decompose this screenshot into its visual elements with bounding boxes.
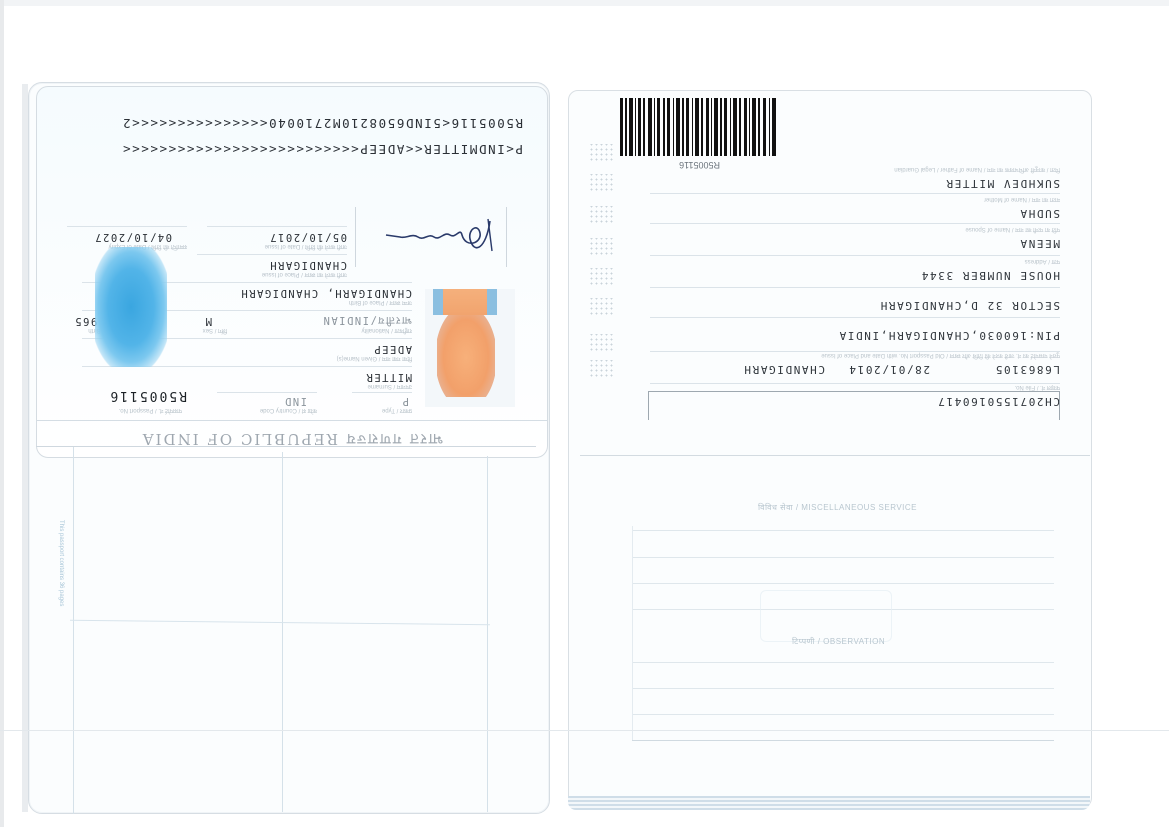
given-names-label: दिया गया नाम / Given Name(s) — [337, 355, 412, 363]
photo-face — [437, 309, 495, 397]
rule — [650, 223, 1060, 224]
page-stack-edge — [568, 796, 1090, 810]
rule — [352, 392, 412, 393]
address-line-2: SECTOR 32 D,CHANDIGARH — [879, 299, 1060, 312]
ruled-line — [632, 583, 1054, 584]
old-passport-place: CHANDIGARH — [743, 363, 825, 376]
rule — [207, 226, 347, 227]
dot-pattern — [590, 144, 614, 162]
mrz-line-2: R5005116<5IND6508210M2710040<<<<<<<<<<<<… — [121, 116, 523, 131]
rule — [650, 255, 1060, 256]
dot-pattern — [590, 298, 614, 316]
barcode-icon — [620, 98, 780, 156]
passport-no-label: पासपोर्ट नं. / Passport No. — [119, 407, 182, 415]
rule — [650, 383, 1060, 384]
type-value: P — [401, 395, 409, 407]
ruled-line — [632, 714, 1054, 715]
ruled-line — [632, 662, 1054, 663]
type-label: प्रकार / Type — [382, 407, 412, 415]
nationality-value: भारतीय/INDIAN — [322, 313, 412, 327]
sex-label: लिंग / Sex — [203, 327, 227, 335]
grid-line — [487, 456, 488, 812]
header-divider — [37, 420, 547, 421]
date-of-issue-label: जारी करने की तिथि / Date of Issue — [265, 243, 347, 251]
rule — [197, 254, 347, 255]
dot-pattern — [590, 174, 614, 192]
ruled-line — [632, 530, 1054, 531]
country-code-label: कोड सं / Country Code — [260, 407, 317, 415]
dot-pattern — [590, 334, 614, 352]
country-code-value: IND — [284, 395, 307, 407]
date-of-issue-value: 05/10/2017 — [269, 231, 347, 243]
spouse-name-value: MEENA — [1019, 237, 1060, 250]
scan-top-edge — [0, 0, 1169, 6]
surname-label: उपनाम / Surname — [367, 383, 412, 391]
address-line-1: HOUSE NUMBER 3344 — [920, 269, 1060, 282]
thumbprint-ghost-image — [95, 247, 167, 367]
margin-line — [632, 526, 633, 740]
mother-name-value: SUDHA — [1019, 207, 1060, 220]
rule — [650, 193, 1060, 194]
barcode-number: R5005116 — [679, 160, 720, 170]
dot-pattern — [590, 238, 614, 256]
grid-line — [73, 446, 74, 814]
passport-data-page: भारत गणराज्य REPUBLIC OF INDIA प्रकार / … — [36, 86, 548, 458]
signature-box — [355, 207, 507, 267]
surname-value: MITTER — [365, 371, 412, 383]
date-of-expiry-value: 04/10/2027 — [94, 231, 172, 243]
dot-pattern — [590, 268, 614, 286]
scan-line — [0, 730, 1169, 731]
rule — [650, 317, 1060, 318]
stamp-ghost — [760, 590, 892, 642]
signature-icon — [366, 215, 496, 259]
father-name-label: पिता / कानूनी अभिभावक का नाम / Name of F… — [894, 166, 1060, 174]
mother-name-label: माता का नाम / Name of Mother — [984, 196, 1060, 204]
old-passport-number: L6863105 — [994, 363, 1060, 376]
place-of-issue-value: CHANDIGARH — [269, 259, 347, 271]
observation-page: R5005116 पिता / कानूनी अभिभावक का नाम / … — [580, 96, 1090, 452]
nationality-label: राष्ट्रीयता / Nationality — [361, 327, 412, 335]
holder-photo — [425, 289, 515, 407]
page-count-note: This passport contains 36 pages — [58, 520, 64, 606]
dot-pattern — [590, 206, 614, 224]
misc-service-title: विविध सेवा / MISCELLANEOUS SERVICE — [758, 502, 917, 513]
rule — [67, 226, 187, 227]
father-name-value: SUKHDEV MITTER — [945, 177, 1060, 190]
address-label: पता / Address — [1025, 258, 1060, 266]
sex-value: M — [204, 315, 212, 327]
old-passport-label: पुराने पासपोर्ट का नं. जारी करने की तिथि… — [821, 352, 1060, 360]
page-divider — [36, 446, 536, 447]
scan-left-edge — [0, 0, 4, 827]
rule — [650, 287, 1060, 288]
observation-title: टिप्पणी / OBSERVATION — [792, 636, 885, 647]
old-passport-date: 28/01/2014 — [848, 363, 930, 376]
mrz-line-1: P<INDMITTER<<ADEEP<<<<<<<<<<<<<<<<<<<<<<… — [121, 142, 523, 157]
grid-line — [282, 452, 283, 812]
rule — [217, 392, 317, 393]
given-names-value: ADEEP — [373, 343, 412, 355]
page-divider — [580, 455, 1090, 456]
dot-pattern — [590, 360, 614, 378]
place-of-birth-label: जन्म स्थान / Place of Birth — [349, 299, 412, 307]
file-no-box — [648, 391, 1060, 420]
ruled-line — [632, 557, 1054, 558]
ruled-line — [632, 688, 1054, 689]
photo-shirt — [437, 289, 493, 315]
ruled-line — [632, 740, 1054, 741]
place-of-issue-label: जारी करने का स्थान / Place of Issue — [262, 271, 347, 279]
passport-no-value: R5005116 — [108, 388, 187, 403]
address-line-3: PIN:160030,CHANDIGARH,INDIA — [838, 329, 1060, 342]
spouse-name-label: पति या पत्नी का नाम / Name of Spouse — [965, 226, 1060, 234]
place-of-birth-value: CHANDIGARH, CHANDIGARH — [240, 287, 412, 299]
